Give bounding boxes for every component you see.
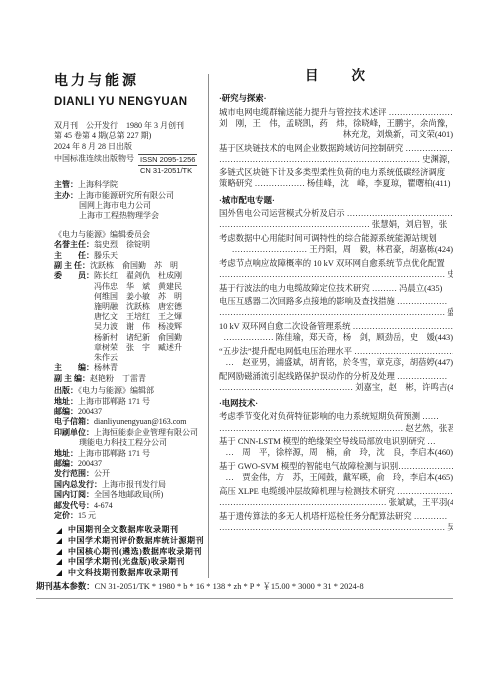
- toc-line: ……………………………………………………………………… 史 媛(430): [219, 269, 453, 280]
- committee-block: 名誉主任：翁史烈 徐锭明 主 任：滕乐天 副 主 任：沈跃栋 俞国勤 苏 明: [54, 240, 206, 271]
- toc-line: 基于遗传算法的多无人机塔杆巡检任务分配算法研究 …………: [219, 511, 453, 522]
- publishing-line: 地址：上海市邯郸路 171 号: [54, 449, 206, 459]
- editors-block: 主 编：杨林青 副 主 编：赵艳粉 丁雷青: [54, 363, 206, 384]
- publishing-line: 邮编：200437: [54, 459, 206, 469]
- triangle-icon: [56, 528, 62, 534]
- toc-line: 国外售电公司运营模式分析及启示 ……………………………………: [219, 208, 453, 219]
- toc-line: 基于区块链技术的电网企业数据跨域访问控制研究 ………………: [219, 143, 453, 154]
- database-badge: 中国学术期刊评价数据库统计源期刊: [54, 536, 206, 547]
- triangle-icon: [56, 570, 62, 576]
- toc-line: ……………………………………………… 张慧娟，刘启智，张 宇(418): [219, 219, 453, 230]
- members-row: 章树荣 张 宇 臧述升: [94, 343, 182, 353]
- masthead-column: 电力与能源 DIANLI YU NENGYUAN 双月刊 公开发行 1980 年…: [54, 70, 206, 578]
- toc-line: ……………………………………………………………… 史渊源，万 鹏(407): [219, 154, 453, 165]
- toc-line: 考虑季节变化对负荷特征影响的电力系统短期负荷预测 ……: [219, 411, 453, 422]
- editor-line: 主 编：杨林青: [54, 363, 206, 373]
- database-badge: 中国期刊全文数据库收录期刊: [54, 525, 206, 536]
- members-row: 陈长红 翟剑仇 杜成刚: [94, 271, 182, 281]
- database-index-badges: 中国期刊全文数据库收录期刊 中国学术期刊评价数据库统计源期刊 中国核心期刊(遴选…: [54, 525, 206, 578]
- toc-line: 多链式区块链下计及多类型柔性负荷的电力系统低碳经济调度: [219, 167, 453, 178]
- committee-members: 委 员： 陈长红 翟剑仇 杜成刚冯伟忠 华 斌 黄建民何维国 姜小敏 苏 明施明…: [54, 271, 206, 363]
- toc-line: 10 kV 双环网自愈二次设备管理系统 …………………………………: [219, 321, 453, 332]
- publishing-info-block: 出版：《电力与能源》编辑部 地址：上海市邯郸路 171 号 邮编：200437 …: [54, 386, 206, 521]
- publishing-line: 印刷单位：上海恒能泰企业管理有限公司: [54, 428, 206, 438]
- publishing-line: 地址：上海市邯郸路 171 号: [54, 397, 206, 407]
- toc-line: ……………………………………………………………………… 吴张傲(474): [219, 522, 453, 533]
- members-row: 唐忆文 王培红 王之煇: [94, 312, 182, 322]
- members-row: 何维国 姜小敏 苏 明: [94, 292, 182, 302]
- triangle-icon: [56, 559, 62, 565]
- toc-line: 考虑数据中心用能时间可调特性的综合能源系统能源站规划: [219, 233, 453, 244]
- publishing-line: 电子信箱：dianliyunengyuan@163.com: [54, 417, 206, 427]
- publishing-line: 出版：《电力与能源》编辑部: [54, 386, 206, 396]
- toc-line: ………………………………………… 刘嘉宝，赵 彬，许鸣吉(450): [219, 382, 453, 393]
- triangle-icon: [56, 549, 62, 555]
- committee-line: 名誉主任：翁史烈 徐锭明: [54, 240, 206, 250]
- toc-line: ……………… 陈佳瑜，郑天奇，杨 剑，顾劲岳，史 媛(443): [219, 332, 453, 343]
- toc-line: ………………………………………………………… 赵艺然，张茗可(455): [219, 423, 453, 434]
- toc-list: ·研究与探索·城市电网电缆群输送能力提升与管控技术述评 ………………………刘 刚…: [219, 93, 453, 533]
- masthead-line: 国网上海市电力公司: [54, 201, 206, 211]
- toc-line: … 贾金伟，方 苏，王闻鼓，戴军暎，俞 玲，李启本(465): [219, 472, 453, 483]
- toc-line: 高压 XLPE 电缆缓冲层故障机理与检测技术研究 …………………: [219, 486, 453, 497]
- publishing-line: 国内订阅：全国各地邮政局(所): [54, 490, 206, 500]
- committee-title: 《电力与能源》编辑委员会: [54, 230, 206, 240]
- editor-line: 副 主 编：赵艳粉 丁雷青: [54, 374, 206, 384]
- toc-line: 电压互感器二次回路多点接地的影响及查找措施 ………………: [219, 296, 453, 307]
- journal-title-pinyin: DIANLI YU NENGYUAN: [54, 96, 206, 108]
- toc-line: 刘 刚，王 伟，孟晓凯，药 炜，徐晓峰，王鹏宇，余尚豫，: [219, 118, 453, 129]
- database-badge: 中文科技期刊数据库收录期刊: [54, 568, 206, 579]
- toc-column: 目 次 ·研究与探索·城市电网电缆群输送能力提升与管控技术述评 ………………………: [219, 64, 453, 533]
- masthead-line: 主办：上海市能源研究所有限公司: [54, 191, 206, 201]
- toc-line: ·电网技术·: [219, 398, 453, 409]
- committee-line: 副 主 任：沈跃栋 俞国勤 苏 明: [54, 261, 206, 271]
- toc-line: 林充龙，刘焕新，司文荣(401): [219, 129, 453, 140]
- toc-line: … 赵亚男，浦盛斌，胡育铭，於冬雪，章克彦，胡蓓婷(447): [219, 357, 453, 368]
- journal-toc-page: 电力与能源 DIANLI YU NENGYUAN 双月刊 公开发行 1980 年…: [0, 0, 480, 673]
- toc-line: 基于行波法的电力电缆故障定位技术研究 ……… 冯晨立(435): [219, 283, 453, 294]
- toc-line: ·研究与探索·: [219, 93, 453, 104]
- members-row: 施明融 沈跃栋 唐宏德: [94, 302, 182, 312]
- toc-line: 考虑节点响应故障概率的 10 kV 双环网自愈系统节点优化配置: [219, 258, 453, 269]
- cn-number: CN 31-2051/TK: [138, 166, 197, 176]
- publishing-line: 邮发代号：4-674: [54, 501, 206, 511]
- toc-line: … 周 平，徐梓源，周 楠，俞 玲，沈 良，李启本(460): [219, 447, 453, 458]
- issue-info-block: 双月刊 公开发行 1980 年 3 月创刊第 45 卷第 4 期(总第 227 …: [54, 121, 206, 152]
- toc-line: ·城市配电专题·: [219, 195, 453, 206]
- issue-info-line: 第 45 卷第 4 期(总第 227 期): [54, 131, 206, 141]
- publishing-line: 璞能电力科技工程分公司: [54, 438, 206, 448]
- members-row: 杨新村 诸纪新 俞国勤: [94, 333, 182, 343]
- members-row: 冯伟忠 华 斌 黄建民: [94, 282, 182, 292]
- members-name-grid: 陈长红 翟剑仇 杜成刚冯伟忠 华 斌 黄建民何维国 姜小敏 苏 明施明融 沈跃栋…: [94, 271, 182, 363]
- standard-number-label: 中国标准连续出版物号: [54, 154, 134, 164]
- toc-line: ……………………………………………………………………… 盛博闻(439): [219, 307, 453, 318]
- sponsor-block: 主管：上海科学院 主办：上海市能源研究所有限公司 国网上海市电力公司 上海市工程…: [54, 180, 206, 222]
- journal-title-cn: 电力与能源: [54, 70, 206, 90]
- toc-line: …………………………………………………… 张斌斌，王平羽(469): [219, 497, 453, 508]
- issn-cn-box: ISSN 2095-1256 CN 31-2051/TK: [138, 154, 197, 175]
- members-row: 朱作云: [94, 353, 182, 363]
- column-divider: [208, 74, 209, 578]
- triangle-icon: [56, 538, 62, 544]
- issue-info-line: 2024 年 8 月 28 日出版: [54, 142, 206, 152]
- publishing-line: 邮编：200437: [54, 407, 206, 417]
- toc-line: 配网励磁涌流引起线路保护误动作的分析及处理 ………………: [219, 371, 453, 382]
- toc-line: 基于 CNN-LSTM 模型的绝缘架空导线局部放电识别研究 …: [219, 436, 453, 447]
- masthead-line: 主管：上海科学院: [54, 180, 206, 190]
- toc-line: 策略研究 ……………… 杨佳峰，沈 峰，李夏琼，瞿曙柏(411): [219, 178, 453, 189]
- toc-line: “五步法”提升配电网低电压治理水平 ………………………………: [219, 346, 453, 357]
- toc-line: 城市电网电缆群输送能力提升与管控技术述评 ………………………: [219, 107, 453, 118]
- database-badge: 中国学术期刊(光盘版)收录期刊: [54, 557, 206, 568]
- footer-label: 期刊基本参数：: [36, 582, 95, 591]
- masthead-line: 上海市工程热物理学会: [54, 211, 206, 221]
- toc-line: ……………………… 王丹阳，周 毅，林君豪，胡嘉栋(424): [219, 244, 453, 255]
- members-label: 委 员：: [54, 271, 94, 363]
- issn-number: ISSN 2095-1256: [138, 154, 197, 166]
- members-row: 吴力波 谢 伟 杨凌辉: [94, 322, 182, 332]
- footer-value: CN 31-2051/TK * 1980 * b * 16 * 138 * zh…: [95, 582, 364, 591]
- publishing-line: 定价：15 元: [54, 511, 206, 521]
- publishing-line: 发行范围：公开: [54, 469, 206, 479]
- publishing-line: 国内总发行：上海市报刊发行局: [54, 480, 206, 490]
- database-badge: 中国核心期刊(遴选)数据库收录期刊: [54, 547, 206, 558]
- toc-line: 基于 GWO-SVM 模型的智能电气故障检测与识别…………………: [219, 461, 453, 472]
- issue-info-line: 双月刊 公开发行 1980 年 3 月创刊: [54, 121, 206, 131]
- standard-number-row: 中国标准连续出版物号 ISSN 2095-1256 CN 31-2051/TK: [54, 154, 206, 175]
- committee-line: 主 任：滕乐天: [54, 251, 206, 261]
- toc-title: 目 次: [219, 64, 453, 84]
- journal-basic-parameters: 期刊基本参数：CN 31-2051/TK * 1980 * b * 16 * 1…: [36, 581, 453, 599]
